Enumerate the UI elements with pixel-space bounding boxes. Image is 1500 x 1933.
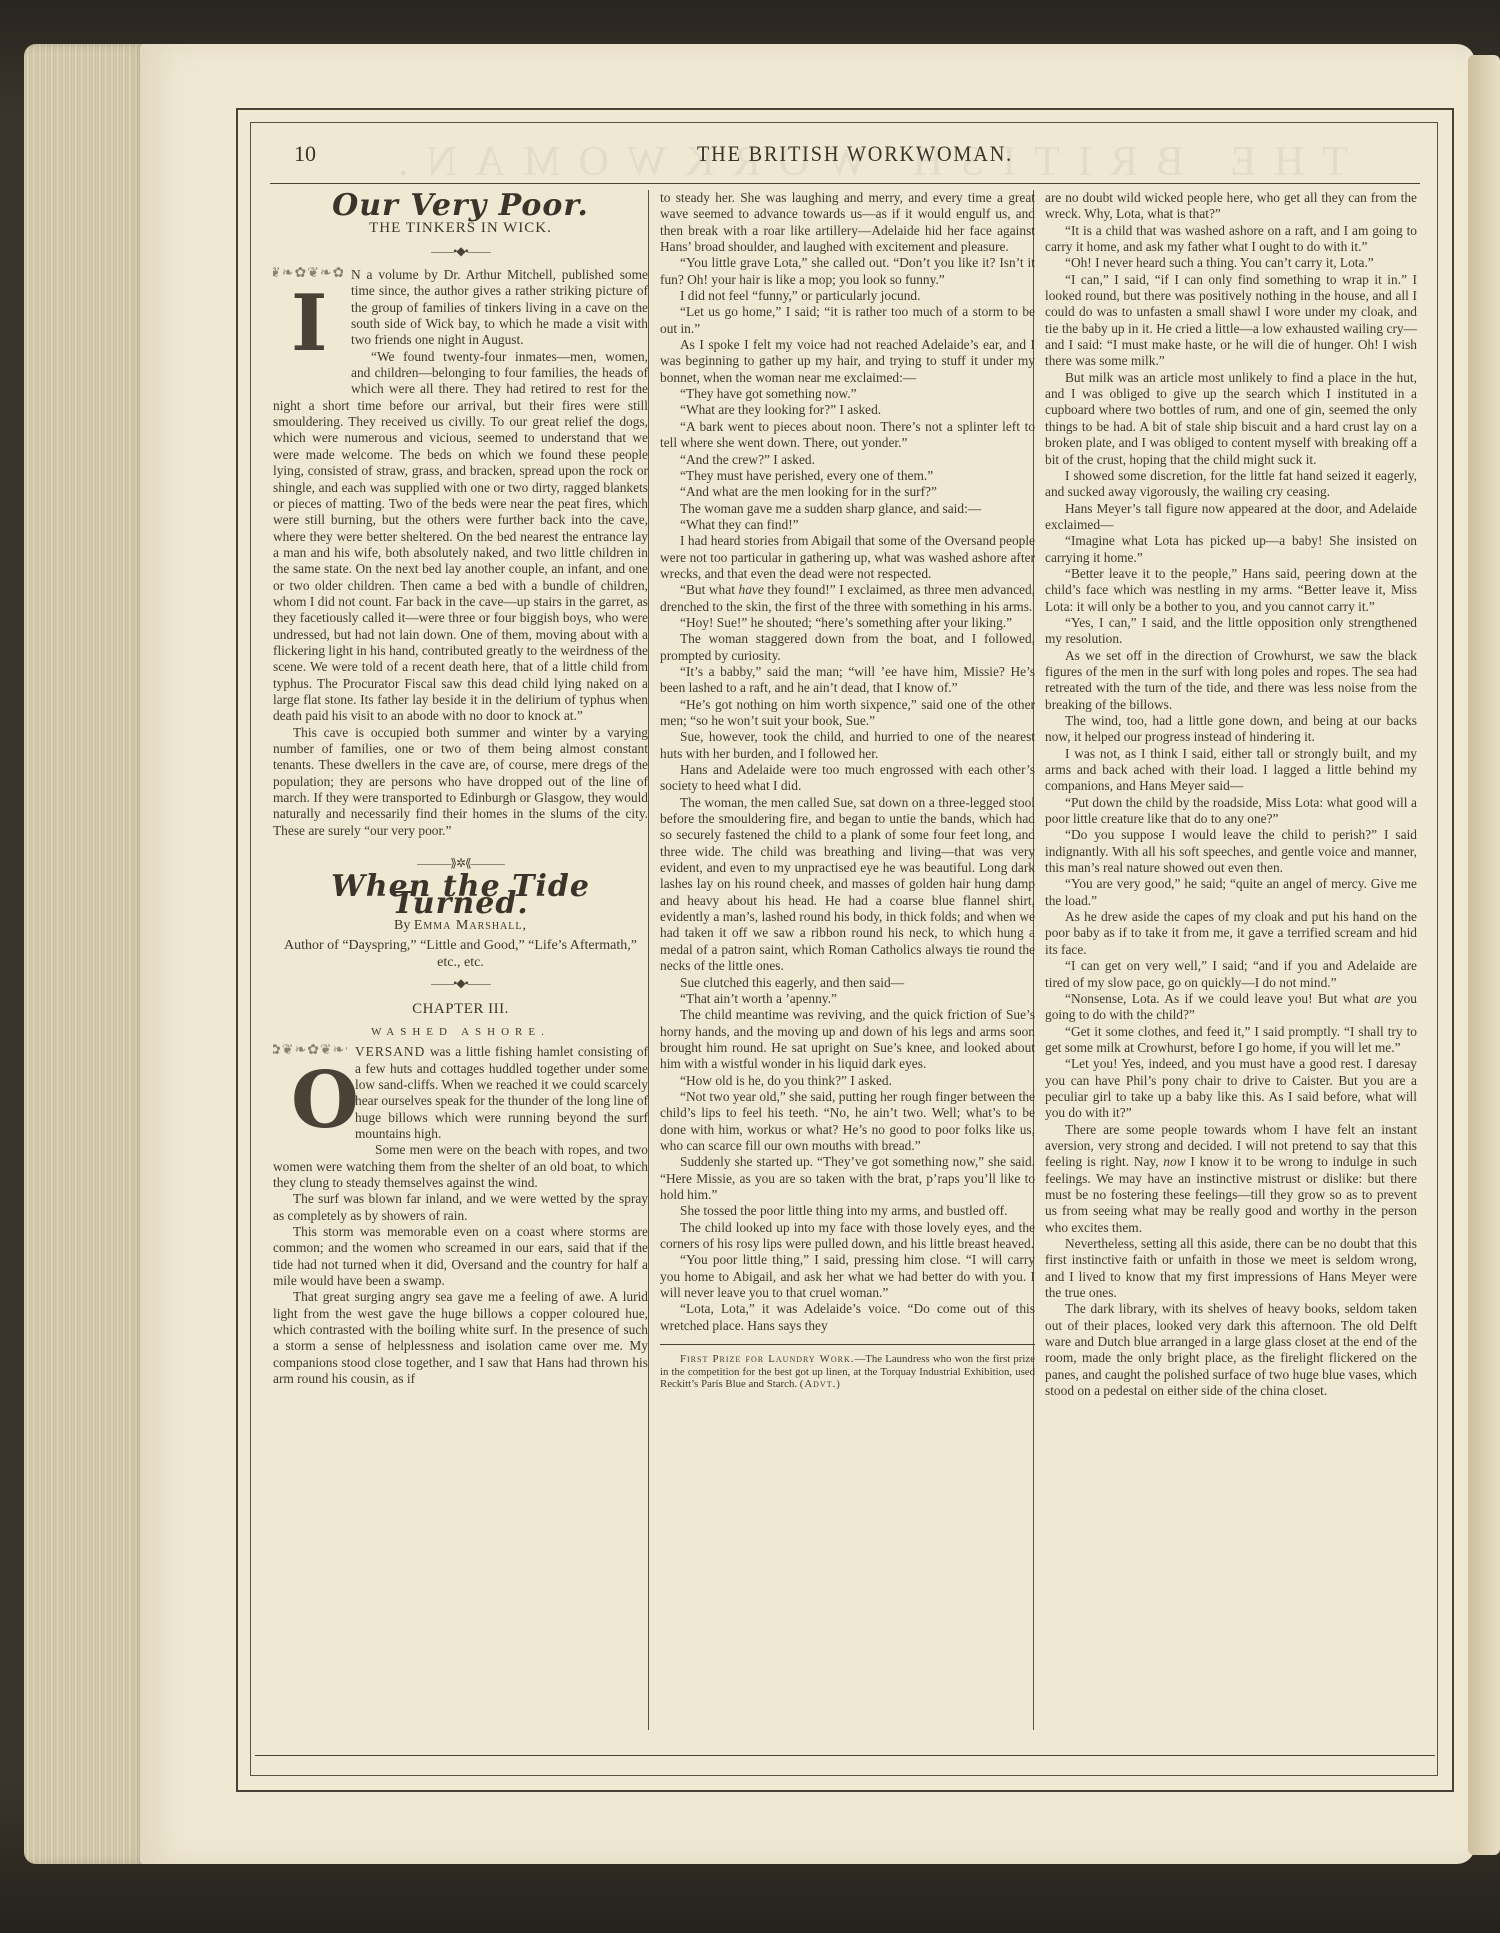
page-header: 10 THE BRITISH WORKWOMAN. <box>290 135 1420 175</box>
paragraph: The dark library, with its shelves of he… <box>1045 1301 1417 1399</box>
paragraph: Sue clutched this eagerly, and then said… <box>660 975 1035 991</box>
author-works: Author of “Dayspring,” “Little and Good,… <box>273 938 648 971</box>
running-title: THE BRITISH WORKWOMAN. <box>335 141 1375 167</box>
dropcap-letter: O <box>291 1062 359 1140</box>
paragraph: The woman gave me a sudden sharp glance,… <box>660 501 1035 517</box>
bottom-rule <box>255 1755 1435 1756</box>
paragraph: Hans Meyer’s tall figure now appeared at… <box>1045 501 1417 534</box>
paragraph: “It’s a babby,” said the man; “will ’ee … <box>660 664 1035 697</box>
chapter-heading: CHAPTER III. <box>273 1001 648 1017</box>
paragraph: are no doubt wild wicked people here, wh… <box>1045 190 1417 223</box>
emphasis: are <box>1374 991 1391 1006</box>
paragraph: The wind, too, had a little gone down, a… <box>1045 713 1417 746</box>
paragraph: “A bark went to pieces about noon. There… <box>660 419 1035 452</box>
paragraph: This cave is occupied both summer and wi… <box>273 725 648 839</box>
header-rule <box>270 183 1420 184</box>
column-2: to steady her. She was laughing and merr… <box>660 190 1035 1730</box>
byline-prefix: By <box>394 918 410 933</box>
paragraph: The woman, the men called Sue, sat down … <box>660 795 1035 975</box>
paragraph: I did not feel “funny,” or particularly … <box>660 288 1035 304</box>
paragraph: Hans and Adelaide were too much engrosse… <box>660 762 1035 795</box>
paragraph: Suddenly she started up. “They’ve got so… <box>660 1154 1035 1203</box>
paragraph: “What they can find!” <box>660 517 1035 533</box>
paragraph: The woman staggered down from the boat, … <box>660 631 1035 664</box>
paragraph: “I can get on very well,” I said; “and i… <box>1045 958 1417 991</box>
paragraph: “Hoy! Sue!” he shouted; “here’s somethin… <box>660 615 1035 631</box>
chapter-title: WASHED ASHORE. <box>273 1024 648 1040</box>
author-name: Emma Marshall, <box>414 918 527 933</box>
column-3: are no doubt wild wicked people here, wh… <box>1045 190 1417 1730</box>
article-title: Our Very Poor. <box>273 198 648 214</box>
paragraph: “What are they looking for?” I asked. <box>660 402 1035 418</box>
advertisement: First Prize for Laundry Work.—The Laundr… <box>660 1353 1035 1391</box>
paragraph: “He’s got nothing on him worth sixpence,… <box>660 697 1035 730</box>
column-divider <box>648 190 649 1730</box>
paragraph: I showed some discretion, for the little… <box>1045 468 1417 501</box>
paragraph: There are some people towards whom I hav… <box>1045 1122 1417 1236</box>
paragraph: “It is a child that was washed ashore on… <box>1045 223 1417 256</box>
paragraph: “And the crew?” I asked. <box>660 452 1035 468</box>
paragraph: “Let you! Yes, indeed, and you must have… <box>1045 1056 1417 1121</box>
paragraph: “We found twenty-four inmates—men, women… <box>273 349 648 725</box>
emphasis: have <box>739 582 764 597</box>
facing-page-edge <box>1468 55 1500 1855</box>
paragraph: “Do you suppose I would leave the child … <box>1045 827 1417 876</box>
paragraph: “Not two year old,” she said, putting he… <box>660 1089 1035 1154</box>
advert-heading: First Prize for Laundry Work. <box>680 1353 854 1365</box>
paragraph: But milk was an article most unlikely to… <box>1045 370 1417 468</box>
paragraph: As I spoke I felt my voice had not reach… <box>660 337 1035 386</box>
story-body-continued: to steady her. She was laughing and merr… <box>660 190 1035 1334</box>
paragraph: “They must have perished, every one of t… <box>660 468 1035 484</box>
page-number: 10 <box>294 141 316 167</box>
emphasis: now <box>1163 1154 1185 1169</box>
paragraph: “Better leave it to the people,” Hans sa… <box>1045 566 1417 615</box>
story-body: ✿❦❧✿❦❧✿❦❧✿❦❧✿❦❧✿❦❧✿❦❧✿❦❧✿❦❧✿❦❧✿❦❧✿❦❧✿❦❧✿… <box>273 1044 648 1387</box>
paragraph: “Yes, I can,” I said, and the little opp… <box>1045 615 1417 648</box>
paragraph: to steady her. She was laughing and merr… <box>660 190 1035 255</box>
article1-body: ❦❧✿❦❧✿❦❧✿❦❧✿❦❧✿❦❧✿❦❧✿❦❧✿❦❧✿❦❧✿❦❧✿❦❧✿❦❧✿❦… <box>273 267 648 839</box>
paragraph: The child meantime was reviving, and the… <box>660 1007 1035 1072</box>
paragraph: “Get it some clothes, and feed it,” I sa… <box>1045 1024 1417 1057</box>
paragraph: “Oh! I never heard such a thing. You can… <box>1045 255 1417 271</box>
story-title: When the Tide Turned. <box>273 879 648 912</box>
byline: By Emma Marshall, <box>273 918 648 934</box>
paragraph: I had heard stories from Abigail that so… <box>660 533 1035 582</box>
paragraph: “You little grave Lota,” she called out.… <box>660 255 1035 288</box>
paragraph: Nevertheless, setting all this aside, th… <box>1045 1236 1417 1301</box>
paragraph: “Lota, Lota,” it was Adelaide’s voice. “… <box>660 1301 1035 1334</box>
paragraph: “They have got something now.” <box>660 386 1035 402</box>
paragraph: The surf was blown far inland, and we we… <box>273 1191 648 1224</box>
advert-rule <box>660 1344 1035 1345</box>
advert-tag: (Advt.) <box>800 1378 841 1390</box>
paragraph: The child looked up into my face with th… <box>660 1220 1035 1253</box>
decorated-initial: ✿❦❧✿❦❧✿❦❧✿❦❧✿❦❧✿❦❧✿❦❧✿❦❧✿❦❧✿❦❧✿❦❧✿❦❧✿❦❧✿… <box>273 1044 347 1156</box>
paragraph: That great surging angry sea gave me a f… <box>273 1289 648 1387</box>
paragraph: “Let us go home,” I said; “it is rather … <box>660 304 1035 337</box>
ornament-divider: ——•◆•—— <box>273 243 648 259</box>
paragraph: “But what have they found!” I exclaimed,… <box>660 582 1035 615</box>
column-1: Our Very Poor. THE TINKERS IN WICK. ——•◆… <box>273 190 648 1730</box>
decorated-initial: ❦❧✿❦❧✿❦❧✿❦❧✿❦❧✿❦❧✿❦❧✿❦❧✿❦❧✿❦❧✿❦❧✿❦❧✿❦❧✿❦… <box>273 267 343 387</box>
paragraph: She tossed the poor little thing into my… <box>660 1203 1035 1219</box>
paragraph: “You poor little thing,” I said, pressin… <box>660 1252 1035 1301</box>
paragraph: Sue, however, took the child, and hurrie… <box>660 729 1035 762</box>
lead-caps: VERSAND <box>355 1044 425 1059</box>
paragraph: As he drew aside the capes of my cloak a… <box>1045 909 1417 958</box>
paragraph: “That ain’t worth a ’apenny.” <box>660 991 1035 1007</box>
paragraph: “Put down the child by the roadside, Mis… <box>1045 795 1417 828</box>
scanned-page: THE BRITISH WORKWOMAN. 10 THE BRITISH WO… <box>0 0 1500 1933</box>
book-page-edges <box>24 44 146 1864</box>
paragraph: This storm was memorable even on a coast… <box>273 1224 648 1289</box>
paragraph: “You are very good,” he said; “quite an … <box>1045 876 1417 909</box>
paragraph: As we set off in the direction of Crowhu… <box>1045 648 1417 713</box>
ornament-divider: ——•◆•—— <box>273 975 648 991</box>
paragraph: “How old is he, do you think?” I asked. <box>660 1073 1035 1089</box>
paragraph: “Imagine what Lota has picked up—a baby!… <box>1045 533 1417 566</box>
paragraph: “I can,” I said, “if I can only find som… <box>1045 272 1417 370</box>
dropcap-letter: I <box>291 285 328 363</box>
article-subtitle: THE TINKERS IN WICK. <box>273 220 648 236</box>
paragraph: I was not, as I think I said, either tal… <box>1045 746 1417 795</box>
story-body-continued: are no doubt wild wicked people here, wh… <box>1045 190 1417 1399</box>
paragraph: “Nonsense, Lota. As if we could leave yo… <box>1045 991 1417 1024</box>
paragraph: “And what are the men looking for in the… <box>660 484 1035 500</box>
